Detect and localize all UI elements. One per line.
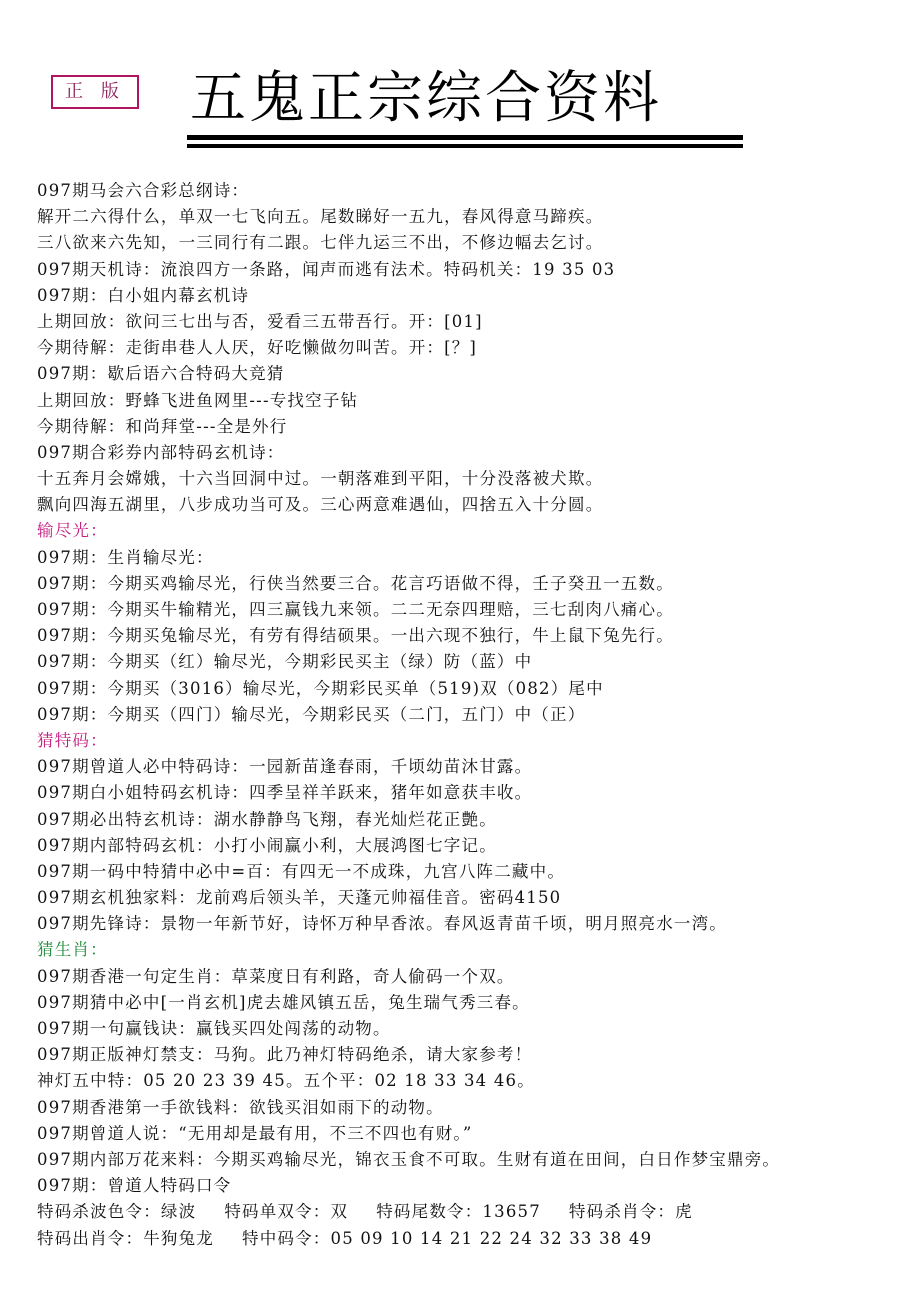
document-body: 097期马会六合彩总纲诗： 解开二六得什么，单双一七飞向五。尾数睇好一五九，春风… <box>37 178 897 1252</box>
title-underline-thick <box>187 135 743 140</box>
section-lose-all: 输尽光： 097期：生肖输尽光： 097期：今期买鸡输尽光，行侠当然要三合。花言… <box>37 518 897 728</box>
code-odd-even: 特码单双令：双 <box>224 1199 348 1225</box>
text-line: 097期必出特玄机诗：湖水静静鸟飞翔，春光灿烂花正艶。 <box>37 807 897 833</box>
text-line: 097期：今期买（四门）输尽光，今期彩民买（二门，五门）中（正） <box>37 702 897 728</box>
section-heading: 猜特码： <box>37 728 897 754</box>
section-heading: 猜生肖： <box>37 937 897 963</box>
text-line: 097期香港一句定生肖：草菜度日有利路，奇人偷码一个双。 <box>37 964 897 990</box>
text-line: 三八欲来六先知，一三同行有二跟。七伴九运三不出，不修边幅去乞讨。 <box>37 230 897 256</box>
section-guess-zodiac: 猜生肖： 097期香港一句定生肖：草菜度日有利路，奇人偷码一个双。 097期猜中… <box>37 937 897 1251</box>
text-line: 097期马会六合彩总纲诗： <box>37 178 897 204</box>
code-tail-digits: 特码尾数令：13657 <box>376 1199 541 1225</box>
text-line: 097期玄机独家料：龙前鸡后领头羊，天蓬元帅福佳音。密码4150 <box>37 885 897 911</box>
title-underline-thin <box>187 144 743 148</box>
text-line: 097期：生肖输尽光： <box>37 545 897 571</box>
page-title: 五鬼正宗综合资料 <box>190 64 750 134</box>
text-line: 今期待解：走街串巷人人厌，好吃懒做勿叫苦。开：[？] <box>37 335 897 361</box>
text-line: 097期曾道人说：“无用却是最有用，不三不四也有财。” <box>37 1121 897 1147</box>
code-commands-row-1: 特码杀波色令：绿波 特码单双令：双 特码尾数令：13657 特码杀肖令：虎 <box>37 1199 897 1225</box>
text-line: 097期：今期买鸡输尽光，行侠当然要三合。花言巧语做不得，壬子癸丑一五数。 <box>37 571 897 597</box>
text-line: 097期一码中特猜中必中=百：有四无一不成珠，九宫八阵二藏中。 <box>37 859 897 885</box>
text-line: 神灯五中特：05 20 23 39 45。五个平：02 18 33 34 46。 <box>37 1068 897 1094</box>
text-line: 上期回放：野蜂飞进鱼网里---专找空子钻 <box>37 388 897 414</box>
text-line: 097期：曾道人特码口令 <box>37 1173 897 1199</box>
code-out-zodiac: 特码出肖令：牛狗兔龙 <box>37 1226 214 1252</box>
text-line: 097期香港第一手欲钱料：欲钱买泪如雨下的动物。 <box>37 1095 897 1121</box>
text-line: 097期：今期买兔输尽光，有劳有得结硕果。一出六现不独行，牛上鼠下兔先行。 <box>37 623 897 649</box>
text-line: 097期正版神灯禁支：马狗。此乃神灯特码绝杀，请大家参考！ <box>37 1042 897 1068</box>
code-kill-color: 特码杀波色令：绿波 <box>37 1199 196 1225</box>
text-line: 097期天机诗：流浪四方一条路，闻声而逃有法术。特码机关：19 35 03 <box>37 257 897 283</box>
text-line: 097期合彩券内部特码玄机诗： <box>37 440 897 466</box>
text-line: 097期：歇后语六合特码大竞猜 <box>37 361 897 387</box>
section-intro: 097期马会六合彩总纲诗： 解开二六得什么，单双一七飞向五。尾数睇好一五九，春风… <box>37 178 897 518</box>
code-commands-row-2: 特码出肖令：牛狗兔龙 特中码令：05 09 10 14 21 22 24 32 … <box>37 1226 897 1252</box>
text-line: 飘向四海五湖里，八步成功当可及。三心两意难遇仙，四捨五入十分圆。 <box>37 492 897 518</box>
text-line: 解开二六得什么，单双一七飞向五。尾数睇好一五九，春风得意马蹄疾。 <box>37 204 897 230</box>
text-line: 097期猜中必中[一肖玄机]虎去雄风镇五岳，兔生瑞气秀三春。 <box>37 990 897 1016</box>
code-hit-numbers: 特中码令：05 09 10 14 21 22 24 32 33 38 49 <box>242 1226 652 1252</box>
text-line: 097期曾道人必中特码诗：一园新苗逢春雨，千顷幼苗沐甘露。 <box>37 754 897 780</box>
section-guess-code: 猜特码： 097期曾道人必中特码诗：一园新苗逢春雨，千顷幼苗沐甘露。 097期白… <box>37 728 897 938</box>
text-line: 上期回放：欲问三七出与否，爱看三五带吾行。开：[01] <box>37 309 897 335</box>
text-line: 今期待解：和尚拜堂---全是外行 <box>37 414 897 440</box>
authentic-badge: 正 版 <box>51 75 139 109</box>
text-line: 097期白小姐特码玄机诗：四季呈祥羊跃来，猪年如意获丰收。 <box>37 780 897 806</box>
text-line: 097期：今期买（红）输尽光，今期彩民买主（绿）防（蓝）中 <box>37 649 897 675</box>
section-heading: 输尽光： <box>37 518 897 544</box>
text-line: 097期：白小姐内幕玄机诗 <box>37 283 897 309</box>
text-line: 097期先锋诗：景物一年新节好，诗怀万种早香浓。春风返青苗千顷，明月照亮水一湾。 <box>37 911 897 937</box>
text-line: 十五奔月会嫦娥，十六当回洞中过。一朝落难到平阳，十分没落被犬欺。 <box>37 466 897 492</box>
code-kill-zodiac: 特码杀肖令：虎 <box>569 1199 693 1225</box>
text-line: 097期：今期买（3016）输尽光，今期彩民买单（519)双（082）尾中 <box>37 676 897 702</box>
text-line: 097期内部万花来料：今期买鸡输尽光，锦衣玉食不可取。生财有道在田间，白日作梦宝… <box>37 1147 897 1173</box>
text-line: 097期一句赢钱诀：赢钱买四处闯荡的动物。 <box>37 1016 897 1042</box>
text-line: 097期内部特码玄机：小打小闹赢小利，大展鸿图七字记。 <box>37 833 897 859</box>
text-line: 097期：今期买牛输精光，四三赢钱九来领。二二无奈四理赔，三七刮肉八痛心。 <box>37 597 897 623</box>
